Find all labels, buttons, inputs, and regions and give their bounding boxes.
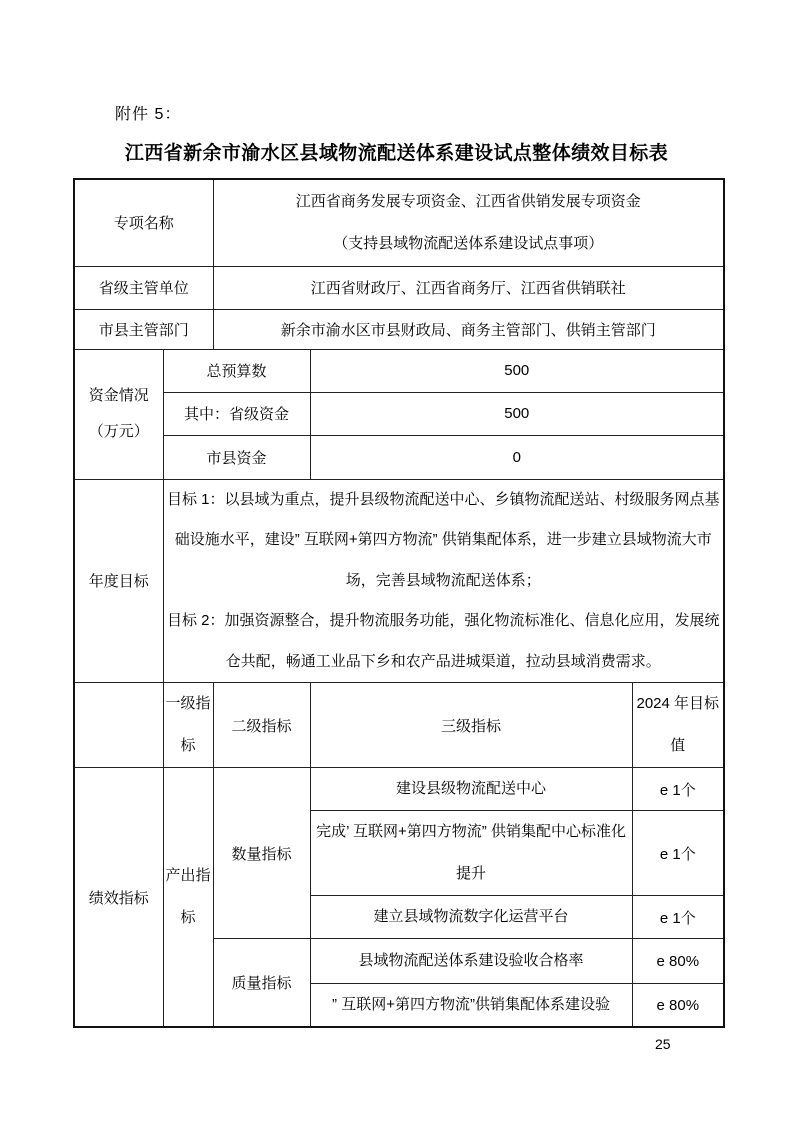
- funding-row-name-county-funds: 市县资金: [163, 435, 310, 479]
- funding-label: 资金情况 （万元）: [74, 349, 163, 479]
- provincial-dept-value: 江西省财政厅、江西省商务厅、江西省供销联社: [213, 266, 724, 309]
- special-project-value: 江西省商务发展专项资金、江西省供销发展专项资金 （支持县域物流配送体系建设试点事…: [213, 179, 724, 266]
- annual-goal-1: 目标 1：以县域为重点，提升县级物流配送中心、乡镇物流配送站、村级服务网点基础设…: [164, 480, 724, 602]
- table-row: 市县主管部门 新余市渝水区市县财政局、商务主管部门、供销主管部门: [74, 309, 724, 349]
- funding-label-line2: （万元）: [75, 414, 163, 450]
- indicator-digital-platform: 建立县域物流数字化运营平台: [310, 896, 632, 939]
- target-acceptance-pass-rate: e 80%: [632, 939, 724, 984]
- document-page: 附件 5： 江西省新余市渝水区县域物流配送体系建设试点整体绩效目标表 专项名称 …: [0, 0, 793, 1122]
- performance-level2-quality: 质量指标: [213, 939, 310, 1028]
- funding-row-value-county-funds: 0: [310, 435, 724, 479]
- table-row: 市县资金 0: [74, 435, 724, 479]
- funding-row-value-total-budget: 500: [310, 349, 724, 392]
- annual-goal-label: 年度目标: [74, 479, 163, 683]
- header-level1-indicator: 一级指标: [163, 683, 213, 768]
- table-row: 资金情况 （万元） 总预算数 500: [74, 349, 724, 392]
- table-row: 省级主管单位 江西省财政厅、江西省商务厅、江西省供销联社: [74, 266, 724, 309]
- table-row: 其中：省级资金 500: [74, 392, 724, 435]
- special-project-value-line1: 江西省商务发展专项资金、江西省供销发展专项资金: [214, 181, 724, 223]
- table-row: 年度目标 目标 1：以县域为重点，提升县级物流配送中心、乡镇物流配送站、村级服务…: [74, 479, 724, 683]
- funding-row-name-provincial-funds: 其中：省级资金: [163, 392, 310, 435]
- page-title: 江西省新余市渝水区县域物流配送体系建设试点整体绩效目标表: [0, 138, 793, 165]
- performance-label: 绩效指标: [74, 768, 163, 1028]
- special-project-value-line2: （支持县域物流配送体系建设试点事项）: [214, 223, 724, 265]
- annual-goal-content: 目标 1：以县域为重点，提升县级物流配送中心、乡镇物流配送站、村级服务网点基础设…: [163, 479, 724, 683]
- header-2024-target: 2024 年目标值: [632, 683, 724, 768]
- county-dept-label: 市县主管部门: [74, 309, 213, 349]
- target-digital-platform: e 1个: [632, 896, 724, 939]
- table-row: 专项名称 江西省商务发展专项资金、江西省供销发展专项资金 （支持县域物流配送体系…: [74, 179, 724, 266]
- target-county-logistics-center: e 1个: [632, 768, 724, 811]
- special-project-label: 专项名称: [74, 179, 213, 266]
- table-row: 一级指标 二级指标 三级指标 2024 年目标值: [74, 683, 724, 768]
- header-level2-indicator: 二级指标: [213, 683, 310, 768]
- attachment-label: 附件 5：: [115, 101, 181, 124]
- county-dept-value: 新余市渝水区市县财政局、商务主管部门、供销主管部门: [213, 309, 724, 349]
- table-row: 绩效指标 产出指标 数量指标 建设县级物流配送中心 e 1个: [74, 768, 724, 811]
- indicator-internet-4pl-system: ” 互联网+第四方物流”供销集配体系建设验: [310, 984, 632, 1028]
- indicator-internet-4pl-center: 完成’ 互联网+第四方物流” 供销集配中心标准化提升: [310, 811, 632, 896]
- target-internet-4pl-system: e 80%: [632, 984, 724, 1028]
- funding-row-value-provincial-funds: 500: [310, 392, 724, 435]
- performance-target-table: 专项名称 江西省商务发展专项资金、江西省供销发展专项资金 （支持县域物流配送体系…: [73, 178, 725, 1028]
- performance-level1-output: 产出指标: [163, 768, 213, 1028]
- performance-level2-quantity: 数量指标: [213, 768, 310, 939]
- target-internet-4pl-center: e 1个: [632, 811, 724, 896]
- indicator-county-logistics-center: 建设县级物流配送中心: [310, 768, 632, 811]
- empty-corner-cell: [74, 683, 163, 768]
- funding-row-name-total-budget: 总预算数: [163, 349, 310, 392]
- provincial-dept-label: 省级主管单位: [74, 266, 213, 309]
- page-number: 25: [655, 1036, 671, 1052]
- funding-label-line1: 资金情况: [75, 378, 163, 414]
- annual-goal-2: 目标 2：加强资源整合，提升物流服务功能，强化物流标准化、信息化应用，发展统仓共…: [164, 601, 724, 682]
- header-level3-indicator: 三级指标: [310, 683, 632, 768]
- indicator-acceptance-pass-rate: 县域物流配送体系建设验收合格率: [310, 939, 632, 984]
